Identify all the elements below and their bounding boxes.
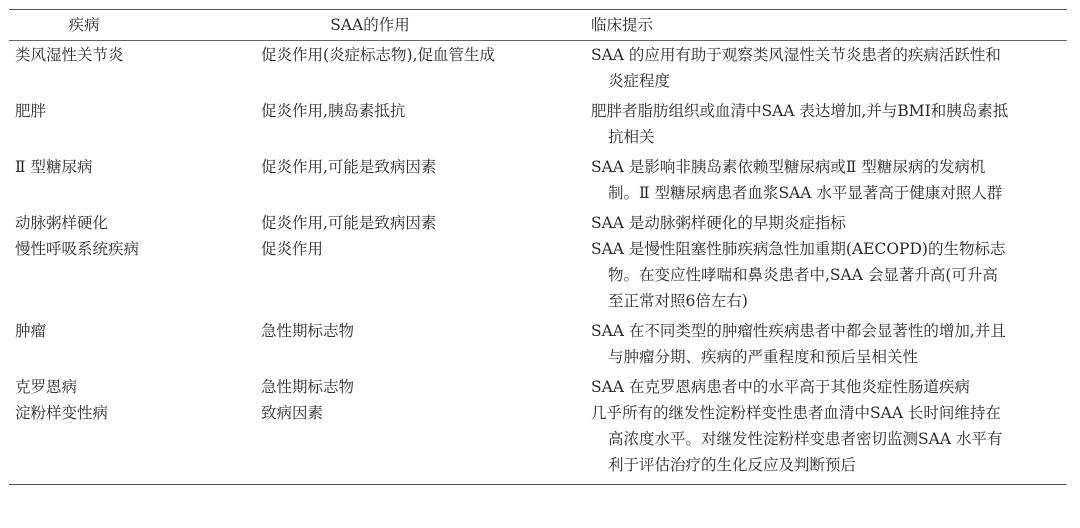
hint-line: SAA 是慢性阻塞性肺疾病急性加重期(AECOPD)的生物标志 xyxy=(591,236,1067,262)
table-row: 类风湿性关节炎 促炎作用(炎症标志物),促血管生成 SAA 的应用有助于观察类风… xyxy=(9,42,1067,94)
cell-disease: 类风湿性关节炎 xyxy=(9,42,247,94)
cell-saa-role: 促炎作用,可能是致病因素 xyxy=(247,210,581,236)
hint-line: SAA 的应用有助于观察类风湿性关节炎患者的疾病活跃性和 xyxy=(591,42,1067,68)
hint-line: 肥胖者脂肪组织或血清中SAA 表达增加,并与BMI和胰岛素抵 xyxy=(591,98,1067,124)
hint-line: 至正常对照6倍左右) xyxy=(591,288,1067,314)
table-row: 克罗恩病 急性期标志物 SAA 在克罗恩病患者中的水平高于其他炎症性肠道疾病 xyxy=(9,374,1067,400)
hint-line: 抗相关 xyxy=(591,124,1067,150)
cell-disease: 肥胖 xyxy=(9,98,247,150)
cell-disease: 淀粉样变性病 xyxy=(9,400,247,478)
cell-saa-role: 促炎作用(炎症标志物),促血管生成 xyxy=(247,42,581,94)
cell-saa-role: 急性期标志物 xyxy=(247,318,581,370)
cell-saa-role: 促炎作用 xyxy=(247,236,581,314)
table-row: 慢性呼吸系统疾病 促炎作用 SAA 是慢性阻塞性肺疾病急性加重期(AECOPD)… xyxy=(9,236,1067,314)
cell-clinical-hint: SAA 的应用有助于观察类风湿性关节炎患者的疾病活跃性和 炎症程度 xyxy=(581,42,1067,94)
hint-line: 炎症程度 xyxy=(591,68,1067,94)
cell-clinical-hint: SAA 是慢性阻塞性肺疾病急性加重期(AECOPD)的生物标志 物。在变应性哮喘… xyxy=(581,236,1067,314)
table-body: 类风湿性关节炎 促炎作用(炎症标志物),促血管生成 SAA 的应用有助于观察类风… xyxy=(9,41,1067,484)
header-disease: 疾病 xyxy=(9,10,159,40)
hint-line: 利于评估治疗的生化反应及判断预后 xyxy=(591,452,1067,478)
table-row: 淀粉样变性病 致病因素 几乎所有的继发性淀粉样变性患者血清中SAA 长时间维持在… xyxy=(9,400,1067,478)
cell-saa-role: 急性期标志物 xyxy=(247,374,581,400)
cell-clinical-hint: SAA 是影响非胰岛素依赖型糖尿病或Ⅱ 型糖尿病的发病机 制。Ⅱ 型糖尿病患者血… xyxy=(581,154,1067,206)
saa-disease-table: 疾病 SAA的作用 临床提示 类风湿性关节炎 促炎作用(炎症标志物),促血管生成… xyxy=(9,9,1067,485)
hint-line: 与肿瘤分期、疾病的严重程度和预后呈相关性 xyxy=(591,344,1067,370)
table-row: Ⅱ 型糖尿病 促炎作用,可能是致病因素 SAA 是影响非胰岛素依赖型糖尿病或Ⅱ … xyxy=(9,154,1067,206)
cell-disease: 慢性呼吸系统疾病 xyxy=(9,236,247,314)
cell-saa-role: 促炎作用,胰岛素抵抗 xyxy=(247,98,581,150)
cell-clinical-hint: 几乎所有的继发性淀粉样变性患者血清中SAA 长时间维持在 高浓度水平。对继发性淀… xyxy=(581,400,1067,478)
cell-disease: Ⅱ 型糖尿病 xyxy=(9,154,247,206)
hint-line: SAA 在不同类型的肿瘤性疾病患者中都会显著性的增加,并且 xyxy=(591,318,1067,344)
cell-clinical-hint: SAA 是动脉粥样硬化的早期炎症指标 xyxy=(581,210,1067,236)
cell-saa-role: 致病因素 xyxy=(247,400,581,478)
hint-line: SAA 在克罗恩病患者中的水平高于其他炎症性肠道疾病 xyxy=(591,374,1067,400)
hint-line: 高浓度水平。对继发性淀粉样变患者密切监测SAA 水平有 xyxy=(591,426,1067,452)
cell-disease: 克罗恩病 xyxy=(9,374,247,400)
hint-line: 物。在变应性哮喘和鼻炎患者中,SAA 会显著升高(可升高 xyxy=(591,262,1067,288)
hint-line: SAA 是影响非胰岛素依赖型糖尿病或Ⅱ 型糖尿病的发病机 xyxy=(591,154,1067,180)
cell-saa-role: 促炎作用,可能是致病因素 xyxy=(247,154,581,206)
table-row: 肥胖 促炎作用,胰岛素抵抗 肥胖者脂肪组织或血清中SAA 表达增加,并与BMI和… xyxy=(9,98,1067,150)
header-saa-role: SAA的作用 xyxy=(159,10,581,40)
header-clinical-hint: 临床提示 xyxy=(581,10,1067,40)
table-bottom-rule xyxy=(9,484,1067,485)
table-header-row: 疾病 SAA的作用 临床提示 xyxy=(9,10,1067,40)
table-row: 动脉粥样硬化 促炎作用,可能是致病因素 SAA 是动脉粥样硬化的早期炎症指标 xyxy=(9,210,1067,236)
hint-line: 几乎所有的继发性淀粉样变性患者血清中SAA 长时间维持在 xyxy=(591,400,1067,426)
hint-line: 制。Ⅱ 型糖尿病患者血浆SAA 水平显著高于健康对照人群 xyxy=(591,180,1067,206)
cell-clinical-hint: SAA 在克罗恩病患者中的水平高于其他炎症性肠道疾病 xyxy=(581,374,1067,400)
cell-clinical-hint: SAA 在不同类型的肿瘤性疾病患者中都会显著性的增加,并且 与肿瘤分期、疾病的严… xyxy=(581,318,1067,370)
table-row: 肿瘤 急性期标志物 SAA 在不同类型的肿瘤性疾病患者中都会显著性的增加,并且 … xyxy=(9,318,1067,370)
cell-disease: 动脉粥样硬化 xyxy=(9,210,247,236)
cell-clinical-hint: 肥胖者脂肪组织或血清中SAA 表达增加,并与BMI和胰岛素抵 抗相关 xyxy=(581,98,1067,150)
hint-line: SAA 是动脉粥样硬化的早期炎症指标 xyxy=(591,210,1067,236)
cell-disease: 肿瘤 xyxy=(9,318,247,370)
